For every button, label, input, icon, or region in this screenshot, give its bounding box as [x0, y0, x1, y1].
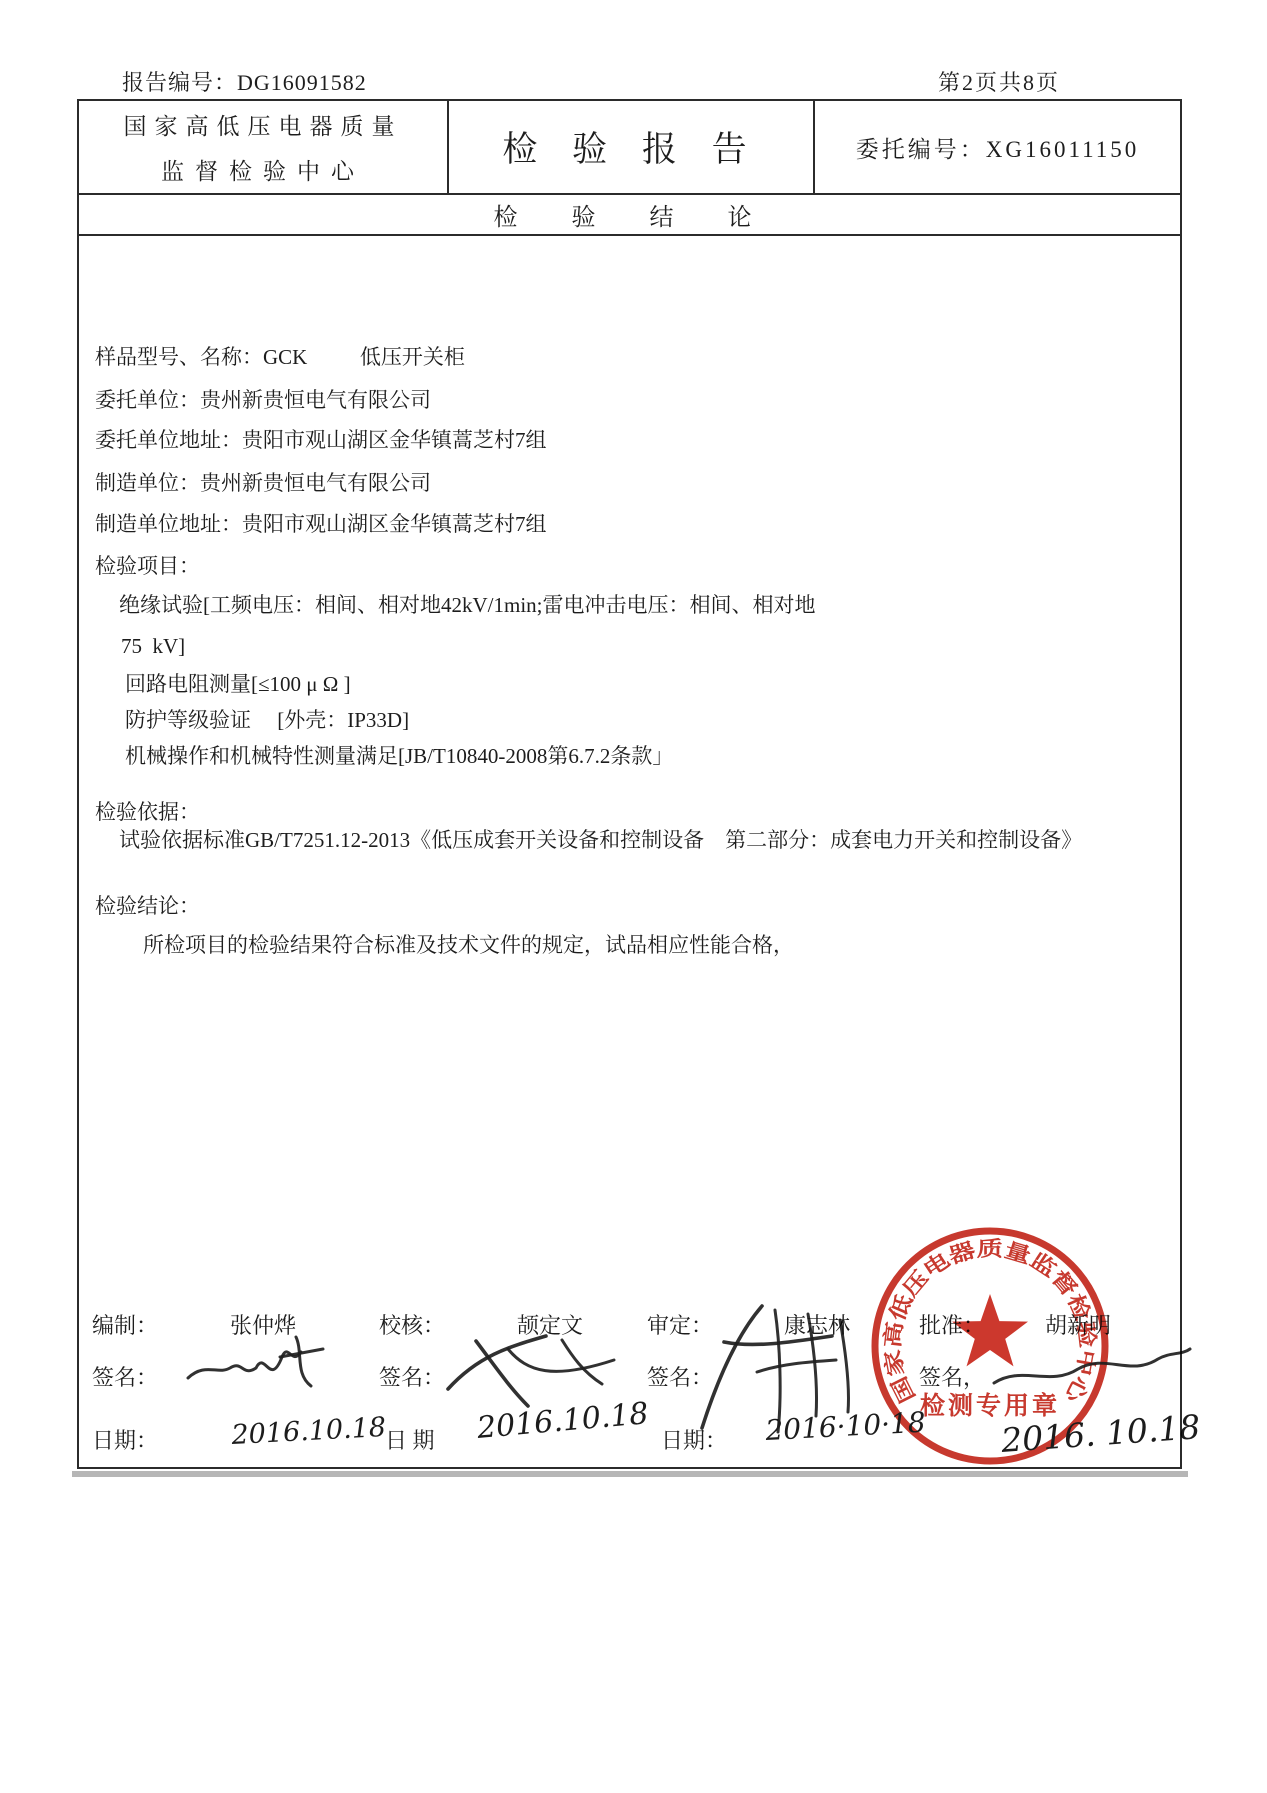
insulation-test-line2: 75 kV]	[121, 635, 185, 658]
reviewer-sign-label: 签名：	[647, 1361, 713, 1392]
conclusion-line: 所检项目的检验结果符合标准及技术文件的规定，试品相应性能合格，	[143, 934, 794, 957]
insulation-test-line: 绝缘试验[工频电压：相间、相对地42kV/1min;雷电冲击电压：相间、相对地	[119, 594, 816, 617]
report-title-cell: 检 验 报 告	[449, 101, 815, 193]
reviewer-label: 审定：	[647, 1309, 713, 1340]
circuit-resistance-line: 回路电阻测量[≤100 μ Ω ]	[125, 673, 351, 696]
scan-shadow	[72, 1471, 1188, 1477]
checker-name: 颉定文	[517, 1309, 583, 1340]
checker-date-label: 日 期	[385, 1424, 435, 1455]
inspection-report-page: 报告编号：DG16091582 第2页共8页 国家高低压电器质量 监督检验中心 …	[0, 0, 1267, 1793]
report-table: 国家高低压电器质量 监督检验中心 检 验 报 告 委托编号：XG16011150…	[77, 99, 1182, 1469]
client-address-line: 委托单位地址：贵阳市观山湖区金华镇蒿芝村7组	[95, 429, 547, 452]
issuing-organization: 国家高低压电器质量 监督检验中心	[79, 101, 449, 193]
test-items-heading: 检验项目：	[95, 555, 200, 578]
report-title: 检 验 报 告	[502, 122, 759, 172]
compiler-label: 编制：	[92, 1309, 158, 1340]
protection-degree-line: 防护等级验证 [外壳：IP33D]	[125, 709, 409, 732]
test-basis-line: 试验依据标准GB/T7251.12-2013《低压成套开关设备和控制设备 第二部…	[119, 829, 1082, 852]
commission-number-cell: 委托编号：XG16011150	[815, 101, 1180, 193]
checker-sign-label: 签名：	[379, 1361, 445, 1392]
signature-section: 编制： 张仲烨 校核： 颉定文 审定： 康志林 批准： 胡新明 签名： 签名： …	[79, 1282, 1180, 1469]
report-header-row: 国家高低压电器质量 监督检验中心 检 验 报 告 委托编号：XG16011150	[79, 101, 1180, 195]
compiler-date-label: 日期：	[92, 1424, 158, 1455]
approver-name: 胡新明	[1045, 1309, 1111, 1340]
client-line: 委托单位：贵州新贵恒电气有限公司	[95, 389, 431, 412]
section-title: 检 验 结 论	[494, 197, 766, 232]
mechanical-test-line: 机械操作和机械特性测量满足[JB/T10840-2008第6.7.2条款」	[125, 745, 673, 768]
conclusion-heading: 检验结论：	[95, 895, 200, 918]
manufacturer-line: 制造单位：贵州新贵恒电气有限公司	[95, 472, 431, 495]
compiler-name: 张仲烨	[230, 1309, 296, 1340]
approver-label: 批准：	[919, 1309, 985, 1340]
manufacturer-address-line: 制造单位地址：贵阳市观山湖区金华镇蒿芝村7组	[95, 513, 547, 536]
org-name-line2: 监督检验中心	[161, 153, 365, 186]
test-basis-heading: 检验依据：	[95, 801, 200, 824]
compiler-sign-label: 签名：	[92, 1361, 158, 1392]
sample-model-line: 样品型号、名称：GCK 低压开关柜	[95, 346, 465, 369]
approver-sign-label: 签名，	[919, 1361, 985, 1392]
reviewer-date-label: 日期：	[661, 1424, 727, 1455]
commission-number: 委托编号：XG16011150	[856, 131, 1140, 164]
reviewer-name: 康志林	[784, 1309, 850, 1340]
report-number: 报告编号：DG16091582	[122, 66, 367, 97]
checker-label: 校核：	[379, 1309, 445, 1340]
page-indicator: 第2页共8页	[938, 66, 1060, 97]
section-bar: 检 验 结 论	[79, 195, 1180, 236]
report-body: 样品型号、名称：GCK 低压开关柜 委托单位：贵州新贵恒电气有限公司 委托单位地…	[79, 236, 1180, 1282]
org-name-line1: 国家高低压电器质量	[124, 108, 403, 141]
